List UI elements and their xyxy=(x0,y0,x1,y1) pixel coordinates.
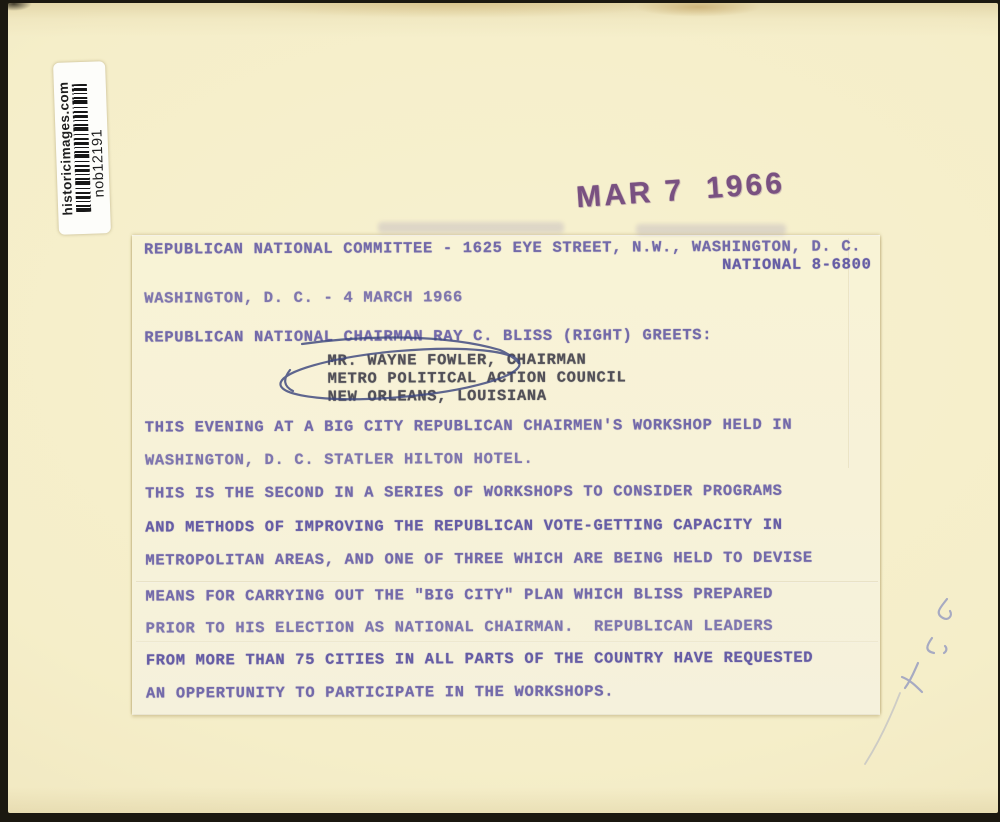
label-code-text: nob12191 xyxy=(88,97,107,197)
caption-body-line-6: MEANS FOR CARRYING OUT THE "BIG CITY" PL… xyxy=(145,585,773,606)
caption-greets-line: REPUBLICAN NATIONAL CHAIRMAN RAY C. BLIS… xyxy=(144,326,712,346)
caption-body-line-5: METROPOLITAN AREAS, AND ONE OF THREE WHI… xyxy=(145,549,812,570)
inventory-label: historicimages.com nob12191 xyxy=(53,61,111,235)
caption-phone-line: NATIONAL 8-6800 xyxy=(722,255,872,274)
subject-city-line: NEW ORLEANS, LOUISIANA xyxy=(328,387,547,406)
caption-body-line-8: FROM MORE THAN 75 CITIES IN ALL PARTS OF… xyxy=(146,649,813,670)
subject-name-line: MR. WAYNE FOWLER, CHAIRMAN xyxy=(327,351,586,370)
date-stamp-month-day: MAR 7 xyxy=(575,174,685,214)
date-stamp-year: 1966 xyxy=(705,167,786,205)
caption-body-line-7: PRIOR TO HIS ELECTION AS NATIONAL CHAIRM… xyxy=(146,617,774,638)
caption-body-line-3: THIS IS THE SECOND IN A SERIES OF WORKSH… xyxy=(145,482,783,503)
subject-title-line: METRO POLITICAL ACTION COUNCIL xyxy=(328,368,627,387)
caption-body-line-1: THIS EVENING AT A BIG CITY REPUBLICAN CH… xyxy=(145,416,793,437)
caption-body-line-9: AN OPPERTUNITY TO PARTICIPATE IN THE WOR… xyxy=(146,683,614,703)
caption-body-line-4: AND METHODS OF IMPROVING THE REPUBLICAN … xyxy=(145,516,783,537)
date-stamp-gap xyxy=(685,198,707,200)
caption-dateline: WASHINGTON, D. C. - 4 MARCH 1966 xyxy=(144,288,463,307)
scanned-photo-back: historicimages.com nob12191 MAR 71966 RE… xyxy=(0,0,1000,822)
caption-text: REPUBLICAN NATIONAL COMMITTEE - 1625 EYE… xyxy=(131,234,881,715)
caption-body-line-2: WASHINGTON, D. C. STATLER HILTON HOTEL. xyxy=(145,450,534,470)
corner-damage-mark xyxy=(6,2,32,11)
